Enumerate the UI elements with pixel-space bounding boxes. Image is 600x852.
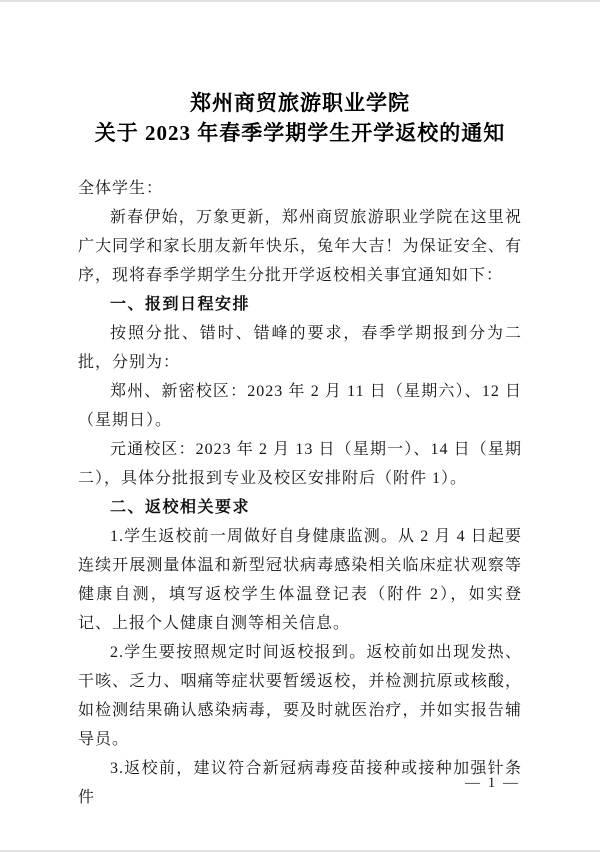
page-top-edge xyxy=(0,0,600,2)
section-2-item-1: 1.学生返校前一周做好自身健康监测。从 2 月 4 日起要连续开展测量体温和新型… xyxy=(78,522,522,638)
section-2-heading: 二、返校相关要求 xyxy=(78,493,522,522)
notice-body: 全体学生： 新春伊始，万象更新，郑州商贸旅游职业学院在这里祝广大同学和家长朋友新… xyxy=(78,174,522,812)
section-1-heading: 一、报到日程安排 xyxy=(78,290,522,319)
notice-document: 郑州商贸旅游职业学院 关于 2023 年春季学期学生开学返校的通知 全体学生： … xyxy=(78,88,522,812)
salutation: 全体学生： xyxy=(78,174,522,203)
section-1-paragraph-2: 郑州、新密校区：2023 年 2 月 11 日（星期六）、12 日（星期日）。 xyxy=(78,377,522,435)
notice-title-block: 郑州商贸旅游职业学院 关于 2023 年春季学期学生开学返校的通知 xyxy=(78,88,522,148)
intro-paragraph: 新春伊始，万象更新，郑州商贸旅游职业学院在这里祝广大同学和家长朋友新年快乐，兔年… xyxy=(78,203,522,290)
section-2-item-3: 3.返校前，建议符合新冠病毒疫苗接种或接种加强针条件 xyxy=(78,754,522,812)
section-1-paragraph-1: 按照分批、错时、错峰的要求，春季学期报到分为二批，分别为： xyxy=(78,319,522,377)
page-number: — 1 — xyxy=(465,775,520,792)
notice-title-line-2: 关于 2023 年春季学期学生开学返校的通知 xyxy=(78,118,522,148)
section-2-item-2: 2.学生要按照规定时间返校报到。返校前如出现发热、干咳、乏力、咽痛等症状要暂缓返… xyxy=(78,638,522,754)
document-page: 郑州商贸旅游职业学院 关于 2023 年春季学期学生开学返校的通知 全体学生： … xyxy=(0,0,600,852)
section-1-paragraph-3: 元通校区：2023 年 2 月 13 日（星期一）、14 日（星期二），具体分批… xyxy=(78,435,522,493)
notice-title-line-1: 郑州商贸旅游职业学院 xyxy=(78,88,522,118)
